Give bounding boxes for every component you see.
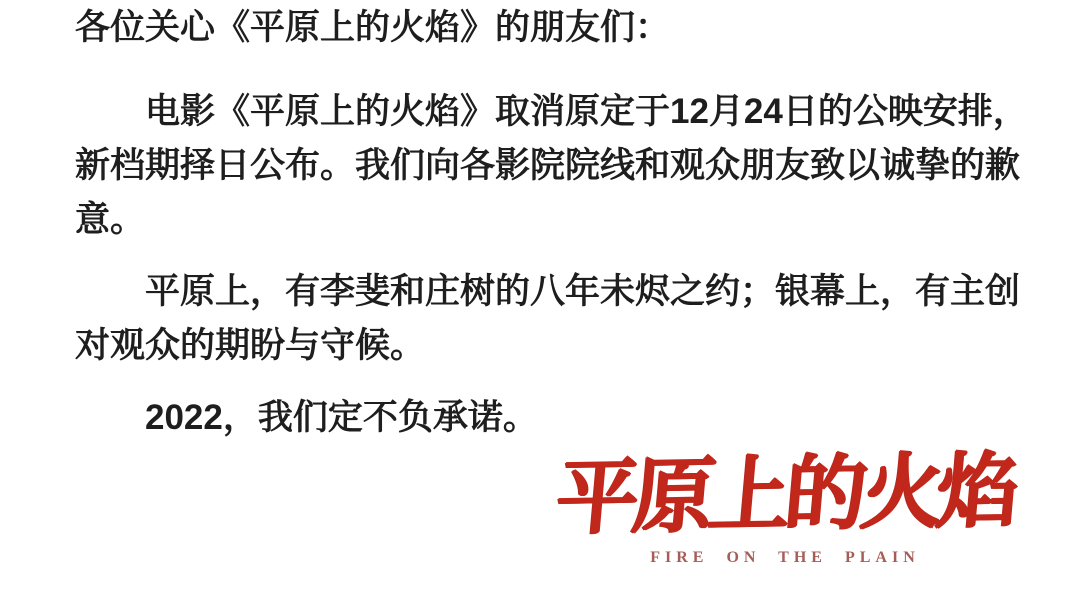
announcement-body: 各位关心《平原上的火焰》的朋友们： 电影《平原上的火焰》取消原定于12月24日的… bbox=[75, 1, 1047, 463]
paragraph-cancellation-notice: 电影《平原上的火焰》取消原定于12月24日的公映安排，新档期择日公布。我们向各影… bbox=[75, 85, 1047, 247]
salutation-line: 各位关心《平原上的火焰》的朋友们： bbox=[75, 1, 1047, 55]
film-logo-english-subtitle: FIRE ON THE PLAIN bbox=[550, 549, 1020, 567]
paragraph-2022-pledge: 2022，我们定不负承诺。 bbox=[75, 391, 1047, 445]
film-logo-chinese-calligraphy: 平原上的火焰 bbox=[545, 441, 1025, 549]
film-logo: 平原上的火焰 FIRE ON THE PLAIN bbox=[550, 445, 1020, 567]
announcement-page: 各位关心《平原上的火焰》的朋友们： 电影《平原上的火焰》取消原定于12月24日的… bbox=[0, 0, 1080, 597]
paragraph-story-promise: 平原上，有李斐和庄树的八年未烬之约；银幕上，有主创对观众的期盼与守候。 bbox=[75, 265, 1047, 373]
